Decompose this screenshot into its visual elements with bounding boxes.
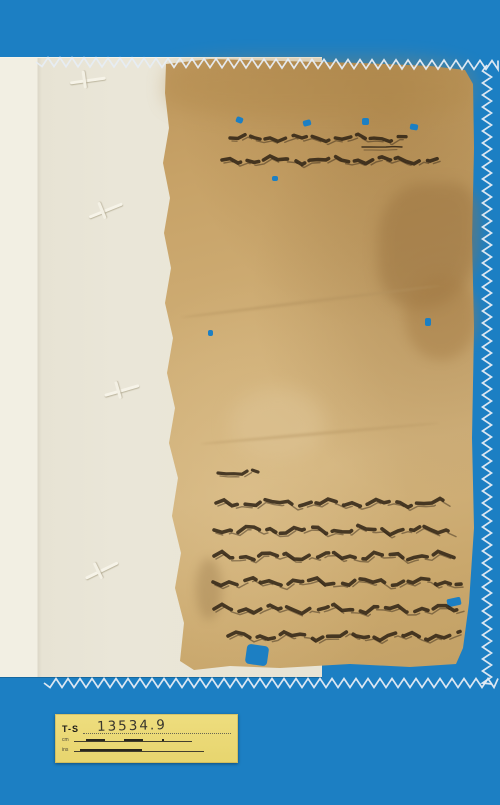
cm-unit-label: cm [62,738,74,743]
classmark-number: 13534.9 [97,719,167,734]
manuscript-fragment [160,58,475,671]
cm-scale-bar [74,739,192,742]
collection-prefix: T-S [62,724,79,734]
inch-scale: ins [62,746,231,754]
classmark-line: 13534.9 [83,717,231,734]
cm-scale-baseline [74,741,192,742]
manuscript-photo: T-S 13534.9 cm ins [0,0,500,805]
inch-scale-baseline [74,751,204,752]
inch-scale-bar [74,749,204,752]
classmark-row: T-S 13534.9 [62,717,231,734]
classmark-label: T-S 13534.9 cm ins [55,714,238,763]
inch-unit-label: ins [62,748,74,753]
cm-scale: cm [62,736,231,744]
